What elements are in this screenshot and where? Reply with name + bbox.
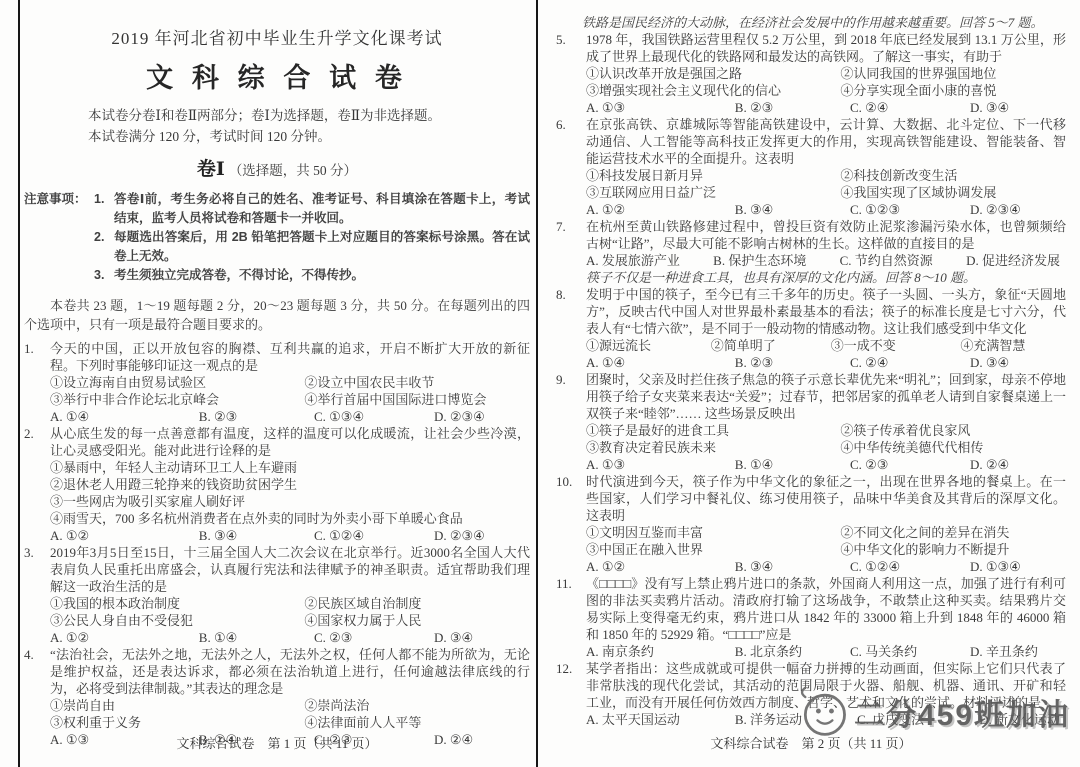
option-items: ①暴雨中，年轻人主动请环卫工人上车避雨 ②退休老人用蹬三轮挣来的钱资助贫困学生 …: [50, 459, 530, 527]
option-item: ①源远流长: [586, 337, 711, 354]
question-2: 2. 从心底生发的每一点善意都有温度，这样的温度可以化成暖流，让社会少些冷漠，让…: [24, 425, 530, 544]
note-text: 考生须独立完成答卷，不得讨论，不得传抄。: [114, 266, 530, 285]
option-item: ①暴雨中，年轻人主动请环卫工人上车避雨: [50, 459, 530, 476]
option-item: ②简单明了: [711, 337, 831, 354]
section-preamble: 本卷共 23 题，1～19 题每题 2 分，20～23 题每题 3 分，共 50…: [24, 296, 530, 334]
option-items: ①源远流长 ②简单明了 ③一成不变 ④充满智慧: [586, 337, 1066, 354]
volume-heading: 卷Ⅰ （选择题，共 50 分）: [24, 154, 530, 181]
left-edge-line: [18, 0, 20, 767]
answer-choice-c: C. ②④: [850, 99, 970, 116]
option-item: ④充满智慧: [960, 337, 1066, 354]
answer-choice-c: C. ②③: [314, 629, 434, 646]
question-number: 3.: [24, 544, 50, 646]
option-item: ②科技创新改变生活: [840, 167, 1066, 184]
note-number: 3.: [94, 266, 114, 285]
answer-choice-b: B. 保护生态环境: [713, 252, 806, 269]
answer-choices: A. 南京条约 B. 北京条约 C. 马关条约 D. 辛丑条约: [586, 643, 1066, 660]
option-item: ①崇尚自由: [50, 697, 304, 714]
answer-choices: A. ①② B. ③④ C. ①②④ D. ①③④: [586, 558, 1066, 575]
option-item: ①设立海南自由贸易试验区: [50, 374, 304, 391]
question-1: 1. 今天的中国，正以开放包容的胸襟、互利共赢的追求，开启不断扩大开放的新征程。…: [24, 340, 530, 425]
paper-description-line2: 本试卷满分 120 分，考试时间 120 分钟。: [88, 126, 530, 147]
watermark: 二分459班加油: [796, 684, 1070, 740]
notes-label: 注意事项：: [24, 190, 94, 285]
question-8: 8. 发明于中国的筷子，至今已有三千多年的历史。筷子一头圆、一头方，象征“天圆地…: [556, 286, 1066, 371]
option-item: ①科技发展日新月异: [586, 167, 840, 184]
question-number: 1.: [24, 340, 50, 425]
option-items: ①科技发展日新月异 ②科技创新改变生活 ③互联网应用日益广泛 ④我国实现了区域协…: [586, 167, 1066, 201]
note-item: 2. 每题选出答案后，用 2B 铅笔把答题卡上对应题目的答案标号涂黑。答在试卷上…: [94, 228, 530, 266]
option-item: ④雨雪天，700 多名杭州消费者在点外卖的同时为外卖小哥下单暖心食品: [50, 510, 530, 527]
question-3: 3. 2019年3月5日至15日，十三届全国人大二次会议在北京举行。近3000名…: [24, 544, 530, 646]
question-stem: “法治社会，无法外之地，无法外之人，无法外之权，任何人都不能为所欲为，无论是维护…: [50, 646, 530, 697]
answer-choice-c: C. ①③④: [314, 408, 434, 425]
question-stem: 团聚时，父亲及时拦住孩子焦急的筷子示意长辈优先来“明礼”；回到家，母亲不停地用筷…: [586, 371, 1066, 422]
answer-choice-b: B. ③④: [199, 527, 314, 544]
answer-choice-a: A. 发展旅游产业: [586, 252, 680, 269]
question-number: 6.: [556, 116, 586, 218]
option-item: ②认同我国的世界强国地位: [840, 65, 1066, 82]
option-items: ①筷子是最好的进食工具 ②筷子传承着优良家风 ③教育决定着民族未来 ④中华传统美…: [586, 422, 1066, 456]
answer-choice-c: C. 节约自然资源: [840, 252, 933, 269]
note-text: 答卷Ⅰ前，考生务必将自己的姓名、准考证号、科目填涂在答题卡上，考试结束，监考人员…: [114, 190, 530, 228]
option-item: ④举行首届中国国际进口博览会: [304, 391, 530, 408]
answer-choice-b: B. ①④: [735, 456, 850, 473]
answer-choice-c: C. ①②③: [850, 201, 970, 218]
option-item: ③公民人身自由不受侵犯: [50, 612, 304, 629]
option-item: ④国家权力属于人民: [304, 612, 530, 629]
question-number: 5.: [556, 31, 586, 116]
answer-choice-a: A. 太平天国运动: [586, 711, 680, 728]
answer-choice-c: C. ①②④: [314, 527, 434, 544]
answer-choice-d: D. ③④: [970, 354, 1066, 371]
option-item: ①我国的根本政治制度: [50, 595, 304, 612]
note-item: 3. 考生须独立完成答卷，不得讨论，不得传抄。: [94, 266, 530, 285]
option-item: ②民族区域自治制度: [304, 595, 530, 612]
option-item: ②筷子传承着优良家风: [840, 422, 1066, 439]
volume-subtitle: （选择题，共 50 分）: [229, 163, 357, 178]
cartoon-face-icon: [796, 684, 852, 740]
answer-choices: A. 发展旅游产业 B. 保护生态环境 C. 节约自然资源 D. 促进经济发展: [586, 252, 1066, 269]
answer-choice-b: B. ③④: [735, 201, 850, 218]
question-stem: 1978 年，我国铁路运营里程仅 5.2 万公里，到 2018 年底已经发展到 …: [586, 31, 1066, 65]
option-item: ③一成不变: [831, 337, 961, 354]
note-item: 1. 答卷Ⅰ前，考生务必将自己的姓名、准考证号、科目填涂在答题卡上，考试结束，监…: [94, 190, 530, 228]
option-item: ②崇尚法治: [304, 697, 530, 714]
answer-choice-d: D. ①③④: [970, 558, 1066, 575]
answer-choice-a: A. ①③: [586, 456, 735, 473]
answer-choice-b: B. ②③: [735, 354, 850, 371]
note-text: 每题选出答案后，用 2B 铅笔把答题卡上对应题目的答案标号涂黑。答在试卷上无效。: [114, 228, 530, 266]
answer-choices: A. ①④ B. ②③ C. ②④ D. ③④: [586, 354, 1066, 371]
answer-choice-d: D. ③④: [970, 99, 1066, 116]
answer-choices: A. ①② B. ①④ C. ②③ D. ③④: [50, 629, 530, 646]
option-item: ③中国正在融入世界: [586, 541, 840, 558]
question-stem: 2019年3月5日至15日，十三届全国人大二次会议在北京举行。近3000名全国人…: [50, 544, 530, 595]
option-item: ②设立中国农民丰收节: [304, 374, 530, 391]
question-number: 9.: [556, 371, 586, 473]
answer-choice-d: D. ②③④: [434, 527, 530, 544]
option-item: ③增强实现社会主义现代化的信心: [586, 82, 840, 99]
question-number: 8.: [556, 286, 586, 371]
option-item: ①筷子是最好的进食工具: [586, 422, 840, 439]
answer-choice-b: B. ①④: [199, 629, 314, 646]
answer-choice-a: A. ①②: [50, 527, 199, 544]
answer-choice-a: A. 南京条约: [586, 643, 735, 660]
page-2: 铁路是国民经济的大动脉，在经济社会发展中的作用越来越重要。回答 5～7 题。 5…: [556, 0, 1066, 767]
answer-choice-a: A. ①②: [586, 201, 735, 218]
question-stem: 时代演进到今天，筷子作为中华文化的象征之一，出现在世界各地的餐桌上。在一些国家，…: [586, 473, 1066, 524]
answer-choice-c: C. ②④: [850, 354, 970, 371]
answer-choice-c: C. ②③: [850, 456, 970, 473]
answer-choice-d: D. 辛丑条约: [970, 643, 1066, 660]
question-6: 6. 在京张高铁、京雄城际等智能高铁建设中，云计算、大数据、北斗定位、下一代移动…: [556, 116, 1066, 218]
option-item: ④法律面前人人平等: [304, 714, 530, 731]
answer-choices: A. ①④ B. ②③ C. ①③④ D. ②③④: [50, 408, 530, 425]
option-item: ③教育决定着民族未来: [586, 439, 840, 456]
question-5: 5. 1978 年，我国铁路运营里程仅 5.2 万公里，到 2018 年底已经发…: [556, 31, 1066, 116]
answer-choice-b: B. 北京条约: [735, 643, 850, 660]
question-stem: 在杭州至黄山铁路修建过程中，曾投巨资有效防止泥浆渗漏污染水体，也曾频频给古树“让…: [586, 218, 1066, 252]
option-item: ④中华传统美德代代相传: [840, 439, 1066, 456]
note-number: 2.: [94, 228, 114, 266]
option-items: ①认识改革开放是强国之路 ②认同我国的世界强国地位 ③增强实现社会主义现代化的信…: [586, 65, 1066, 99]
exam-session-title: 2019 年河北省初中毕业生升学文化课考试: [24, 0, 530, 49]
option-item: ③一些网店为吸引买家雇人刷好评: [50, 493, 530, 510]
option-item: ①认识改革开放是强国之路: [586, 65, 840, 82]
question-stem: 《□□□□》没有写上禁止鸦片进口的条款，外国商人利用这一点，加强了进行有利可图的…: [586, 575, 1066, 643]
option-item: ④我国实现了区域协调发展: [840, 184, 1066, 201]
paper-description-line1: 本试卷分卷Ⅰ和卷Ⅱ两部分；卷Ⅰ为选择题，卷Ⅱ为非选择题。: [88, 105, 530, 126]
page-footer: 文科综合试卷 第 1 页（共 11 页）: [24, 733, 530, 752]
question-stem: 在京张高铁、京雄城际等智能高铁建设中，云计算、大数据、北斗定位、下一代移动通信、…: [586, 116, 1066, 167]
option-item: ①文明因互鉴而丰富: [586, 524, 840, 541]
answer-choice-c: C. ①②④: [850, 558, 970, 575]
answer-choice-b: B. ②③: [199, 408, 314, 425]
note-number: 1.: [94, 190, 114, 228]
option-item: ③互联网应用日益广泛: [586, 184, 840, 201]
question-11: 11. 《□□□□》没有写上禁止鸦片进口的条款，外国商人利用这一点，加强了进行有…: [556, 575, 1066, 660]
question-number: 10.: [556, 473, 586, 575]
topic-lede-chopsticks: 筷子不仅是一种进食工具，也具有深厚的文化内涵。回答 8～10 题。: [586, 269, 1066, 286]
option-item: ②退休老人用蹬三轮挣来的钱资助贫困学生: [50, 476, 530, 493]
question-number: 12.: [556, 660, 586, 728]
paper-description: 本试卷分卷Ⅰ和卷Ⅱ两部分；卷Ⅰ为选择题，卷Ⅱ为非选择题。 本试卷满分 120 分…: [24, 105, 530, 147]
answer-choice-a: A. ①④: [50, 408, 199, 425]
option-items: ①崇尚自由 ②崇尚法治 ③权利重于义务 ④法律面前人人平等: [50, 697, 530, 731]
answer-choice-d: D. ③④: [434, 629, 530, 646]
answer-choices: A. ①② B. ③④ C. ①②③ D. ②③④: [586, 201, 1066, 218]
watermark-text: 二分459班加油: [854, 690, 1070, 734]
answer-choice-b: B. 洋务运动: [735, 711, 802, 728]
answer-choice-b: B. ③④: [735, 558, 850, 575]
question-9: 9. 团聚时，父亲及时拦住孩子焦急的筷子示意长辈优先来“明礼”；回到家，母亲不停…: [556, 371, 1066, 473]
option-items: ①文明因互鉴而丰富 ②不同文化之间的差异在消失 ③中国正在融入世界 ④中华文化的…: [586, 524, 1066, 558]
paper-title: 文 科 综 合 试 卷: [24, 56, 530, 95]
answer-choice-d: D. 促进经济发展: [966, 252, 1060, 269]
option-item: ④中华文化的影响力不断提升: [840, 541, 1066, 558]
option-items: ①设立海南自由贸易试验区 ②设立中国农民丰收节 ③举行中非合作论坛北京峰会 ④举…: [50, 374, 530, 408]
page-1: 2019 年河北省初中毕业生升学文化课考试 文 科 综 合 试 卷 本试卷分卷Ⅰ…: [24, 0, 530, 767]
question-stem: 从心底生发的每一点善意都有温度，这样的温度可以化成暖流，让社会少些冷漠，让心灵感…: [50, 425, 530, 459]
answer-choices: A. ①② B. ③④ C. ①②④ D. ②③④: [50, 527, 530, 544]
question-stem: 发明于中国的筷子，至今已有三千多年的历史。筷子一头圆、一头方，象征“天圆地方”，…: [586, 286, 1066, 337]
exam-notes: 注意事项： 1. 答卷Ⅰ前，考生务必将自己的姓名、准考证号、科目填涂在答题卡上，…: [24, 190, 530, 285]
answer-choice-a: A. ①②: [50, 629, 199, 646]
option-item: ④分享实现全面小康的喜悦: [840, 82, 1066, 99]
answer-choice-d: D. ②③④: [970, 201, 1066, 218]
answer-choice-a: A. ①②: [586, 558, 735, 575]
answer-choice-a: A. ①③: [586, 99, 735, 116]
answer-choices: A. ①③ B. ①④ C. ②③ D. ②④: [586, 456, 1066, 473]
answer-choice-a: A. ①④: [586, 354, 735, 371]
question-number: 7.: [556, 218, 586, 286]
question-10: 10. 时代演进到今天，筷子作为中华文化的象征之一，出现在世界各地的餐桌上。在一…: [556, 473, 1066, 575]
page-divider-line: [536, 0, 538, 767]
question-list-page1: 1. 今天的中国，正以开放包容的胸襟、互利共赢的追求，开启不断扩大开放的新征程。…: [24, 340, 530, 748]
question-number: 2.: [24, 425, 50, 544]
volume-label: 卷Ⅰ: [197, 159, 225, 180]
answer-choices: A. ①③ B. ②③ C. ②④ D. ③④: [586, 99, 1066, 116]
option-items: ①我国的根本政治制度 ②民族区域自治制度 ③公民人身自由不受侵犯 ④国家权力属于…: [50, 595, 530, 629]
option-item: ③举行中非合作论坛北京峰会: [50, 391, 304, 408]
answer-choice-d: D. ②③④: [434, 408, 530, 425]
topic-lede-railway: 铁路是国民经济的大动脉，在经济社会发展中的作用越来越重要。回答 5～7 题。: [556, 14, 1066, 31]
question-number: 11.: [556, 575, 586, 660]
answer-choice-c: C. 马关条约: [850, 643, 970, 660]
question-7: 7. 在杭州至黄山铁路修建过程中，曾投巨资有效防止泥浆渗漏污染水体，也曾频频给古…: [556, 218, 1066, 286]
answer-choice-d: D. ②④: [970, 456, 1066, 473]
answer-choice-b: B. ②③: [735, 99, 850, 116]
question-stem: 今天的中国，正以开放包容的胸襟、互利共赢的追求，开启不断扩大开放的新征程。下列时…: [50, 340, 530, 374]
notes-list: 1. 答卷Ⅰ前，考生务必将自己的姓名、准考证号、科目填涂在答题卡上，考试结束，监…: [94, 190, 530, 285]
scanned-exam-paper: 2019 年河北省初中毕业生升学文化课考试 文 科 综 合 试 卷 本试卷分卷Ⅰ…: [0, 0, 1080, 767]
option-item: ③权利重于义务: [50, 714, 304, 731]
option-item: ②不同文化之间的差异在消失: [840, 524, 1066, 541]
